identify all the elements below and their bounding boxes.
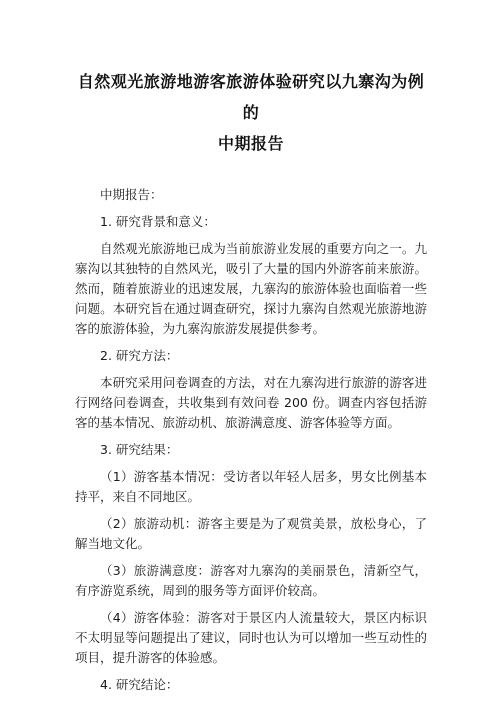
heading-section-3: 3. 研究结果： [75,440,427,460]
document-title: 自然观光旅游地游客旅游体验研究以九寨沟为例的 中期报告 [75,66,427,159]
heading-section-2: 2. 研究方法： [75,346,427,366]
paragraph-background: 自然观光旅游地已成为当前旅游业发展的重要方向之一。九寨沟以其独特的自然风光，吸引… [75,239,427,339]
document-title-line1: 自然观光旅游地游客旅游体验研究以九寨沟为例的 [75,66,427,128]
paragraph-result-2: （2）旅游动机：游客主要是为了观赏美景，放松身心，了解当地文化。 [75,514,427,554]
paragraph-result-1: （1）游客基本情况：受访者以年轻人居多，男女比例基本持平，来自不同地区。 [75,467,427,507]
paragraph-result-3: （3）旅游满意度：游客对九寨沟的美丽景色，清新空气，有序游览系统，周到的服务等方… [75,561,427,601]
paragraph-result-4: （4）游客体验：游客对于景区内人流量较大，景区内标识不太明显等问题提出了建议，同… [75,608,427,668]
heading-section-4: 4. 研究结论： [75,675,427,695]
heading-section-1: 1. 研究背景和意义： [75,212,427,232]
document-body: 中期报告： 1. 研究背景和意义： 自然观光旅游地已成为当前旅游业发展的重要方向… [75,185,427,695]
document-page: 自然观光旅游地游客旅游体验研究以九寨沟为例的 中期报告 中期报告： 1. 研究背… [0,0,500,707]
paragraph-report-label: 中期报告： [75,185,427,205]
document-title-line2: 中期报告 [75,128,427,159]
paragraph-methods: 本研究采用问卷调查的方法，对在九寨沟进行旅游的游客进行网络问卷调查，共收集到有效… [75,373,427,433]
